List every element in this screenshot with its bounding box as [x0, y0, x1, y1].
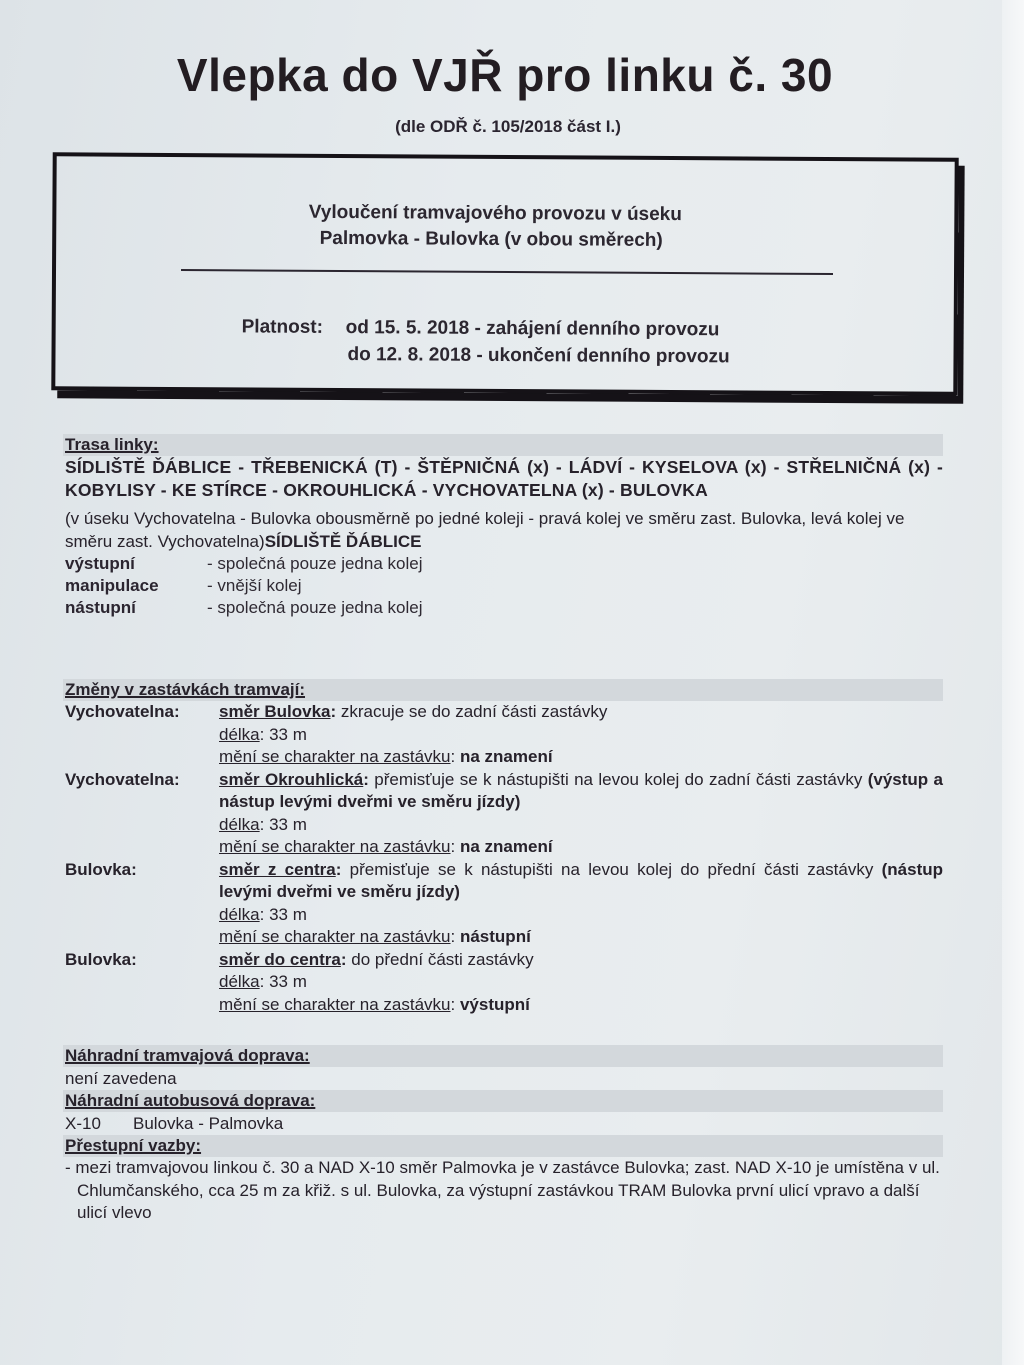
document-title: Vlepka do VJŘ pro linku č. 30 [0, 48, 1010, 102]
document-subtitle: (dle ODŘ č. 105/2018 část I.) [0, 117, 1016, 137]
stop-change-item: Bulovka:směr z centra: přemisťuje se k n… [65, 859, 943, 949]
divider [181, 269, 833, 275]
section-heading: Přestupní vazby: [63, 1135, 943, 1157]
notice-box: Vyloučení tramvajového provozu v úseku P… [51, 152, 958, 396]
stop-name: Vychovatelna: [65, 769, 219, 859]
stop-change-item: Vychovatelna:směr Bulovka: zkracuje se d… [65, 701, 943, 769]
closure-description: Vyloučení tramvajového provozu v úseku [46, 200, 944, 227]
closure-section: Palmovka - Bulovka (v obou směrech) [42, 226, 940, 253]
replacement-section: Náhradní tramvajová doprava: není zavede… [65, 1045, 943, 1225]
detail-key: manipulace [65, 575, 207, 597]
section-heading: Náhradní tramvajová doprava: [63, 1045, 943, 1067]
stop-change-item: Bulovka:směr do centra: do přední části … [65, 949, 943, 1017]
detail-key: výstupní [65, 553, 207, 575]
terminus-name: SÍDLIŠTĚ ĎÁBLICE [265, 532, 422, 551]
terminus-details: výstupní- společná pouze jedna kolejmani… [65, 553, 943, 619]
detail-value: - společná pouze jedna kolej [207, 597, 422, 619]
validity-label: Platnost: [242, 313, 346, 341]
detail-value: - vnější kolej [207, 575, 301, 597]
route-section: Trasa linky: SÍDLIŠTĚ ĎÁBLICE - TŘEBENIC… [65, 434, 943, 619]
transfer-text: - mezi tramvajovou linkou č. 30 a NAD X-… [65, 1157, 943, 1225]
detail-value: - společná pouze jedna kolej [207, 553, 422, 575]
stop-changes-section: Změny v zastávkách tramvají: Vychovateln… [65, 679, 943, 1016]
stop-name: Bulovka: [65, 949, 219, 1017]
section-heading: Náhradní autobusová doprava: [63, 1090, 943, 1112]
terminus-detail-row: nástupní- společná pouze jedna kolej [65, 597, 943, 619]
paper-edge [1002, 0, 1024, 1365]
validity-to: do 12. 8. 2018 - ukončení denního provoz… [241, 340, 729, 370]
tram-replacement-value: není zavedena [65, 1067, 943, 1090]
route-note: (v úseku Vychovatelna - Bulovka obousměr… [65, 507, 943, 553]
terminus-detail-row: manipulace- vnější kolej [65, 575, 943, 597]
route-stops: SÍDLIŠTĚ ĎÁBLICE - TŘEBENICKÁ (T) - ŠTĚP… [65, 456, 943, 501]
stop-name: Bulovka: [65, 859, 219, 949]
bus-replacement-row: X-10Bulovka - Palmovka [65, 1112, 943, 1135]
validity-from: od 15. 5. 2018 - zahájení denního provoz… [346, 317, 720, 340]
section-heading: Změny v zastávkách tramvají: [63, 679, 943, 701]
stop-changes-list: Vychovatelna:směr Bulovka: zkracuje se d… [65, 701, 943, 1016]
terminus-detail-row: výstupní- společná pouze jedna kolej [65, 553, 943, 575]
stop-change-item: Vychovatelna:směr Okrouhlická: přemisťuj… [65, 769, 943, 859]
detail-key: nástupní [65, 597, 207, 619]
section-heading: Trasa linky: [63, 434, 943, 456]
validity: Platnost:od 15. 5. 2018 - zahájení denní… [241, 313, 730, 370]
stop-name: Vychovatelna: [65, 701, 219, 769]
